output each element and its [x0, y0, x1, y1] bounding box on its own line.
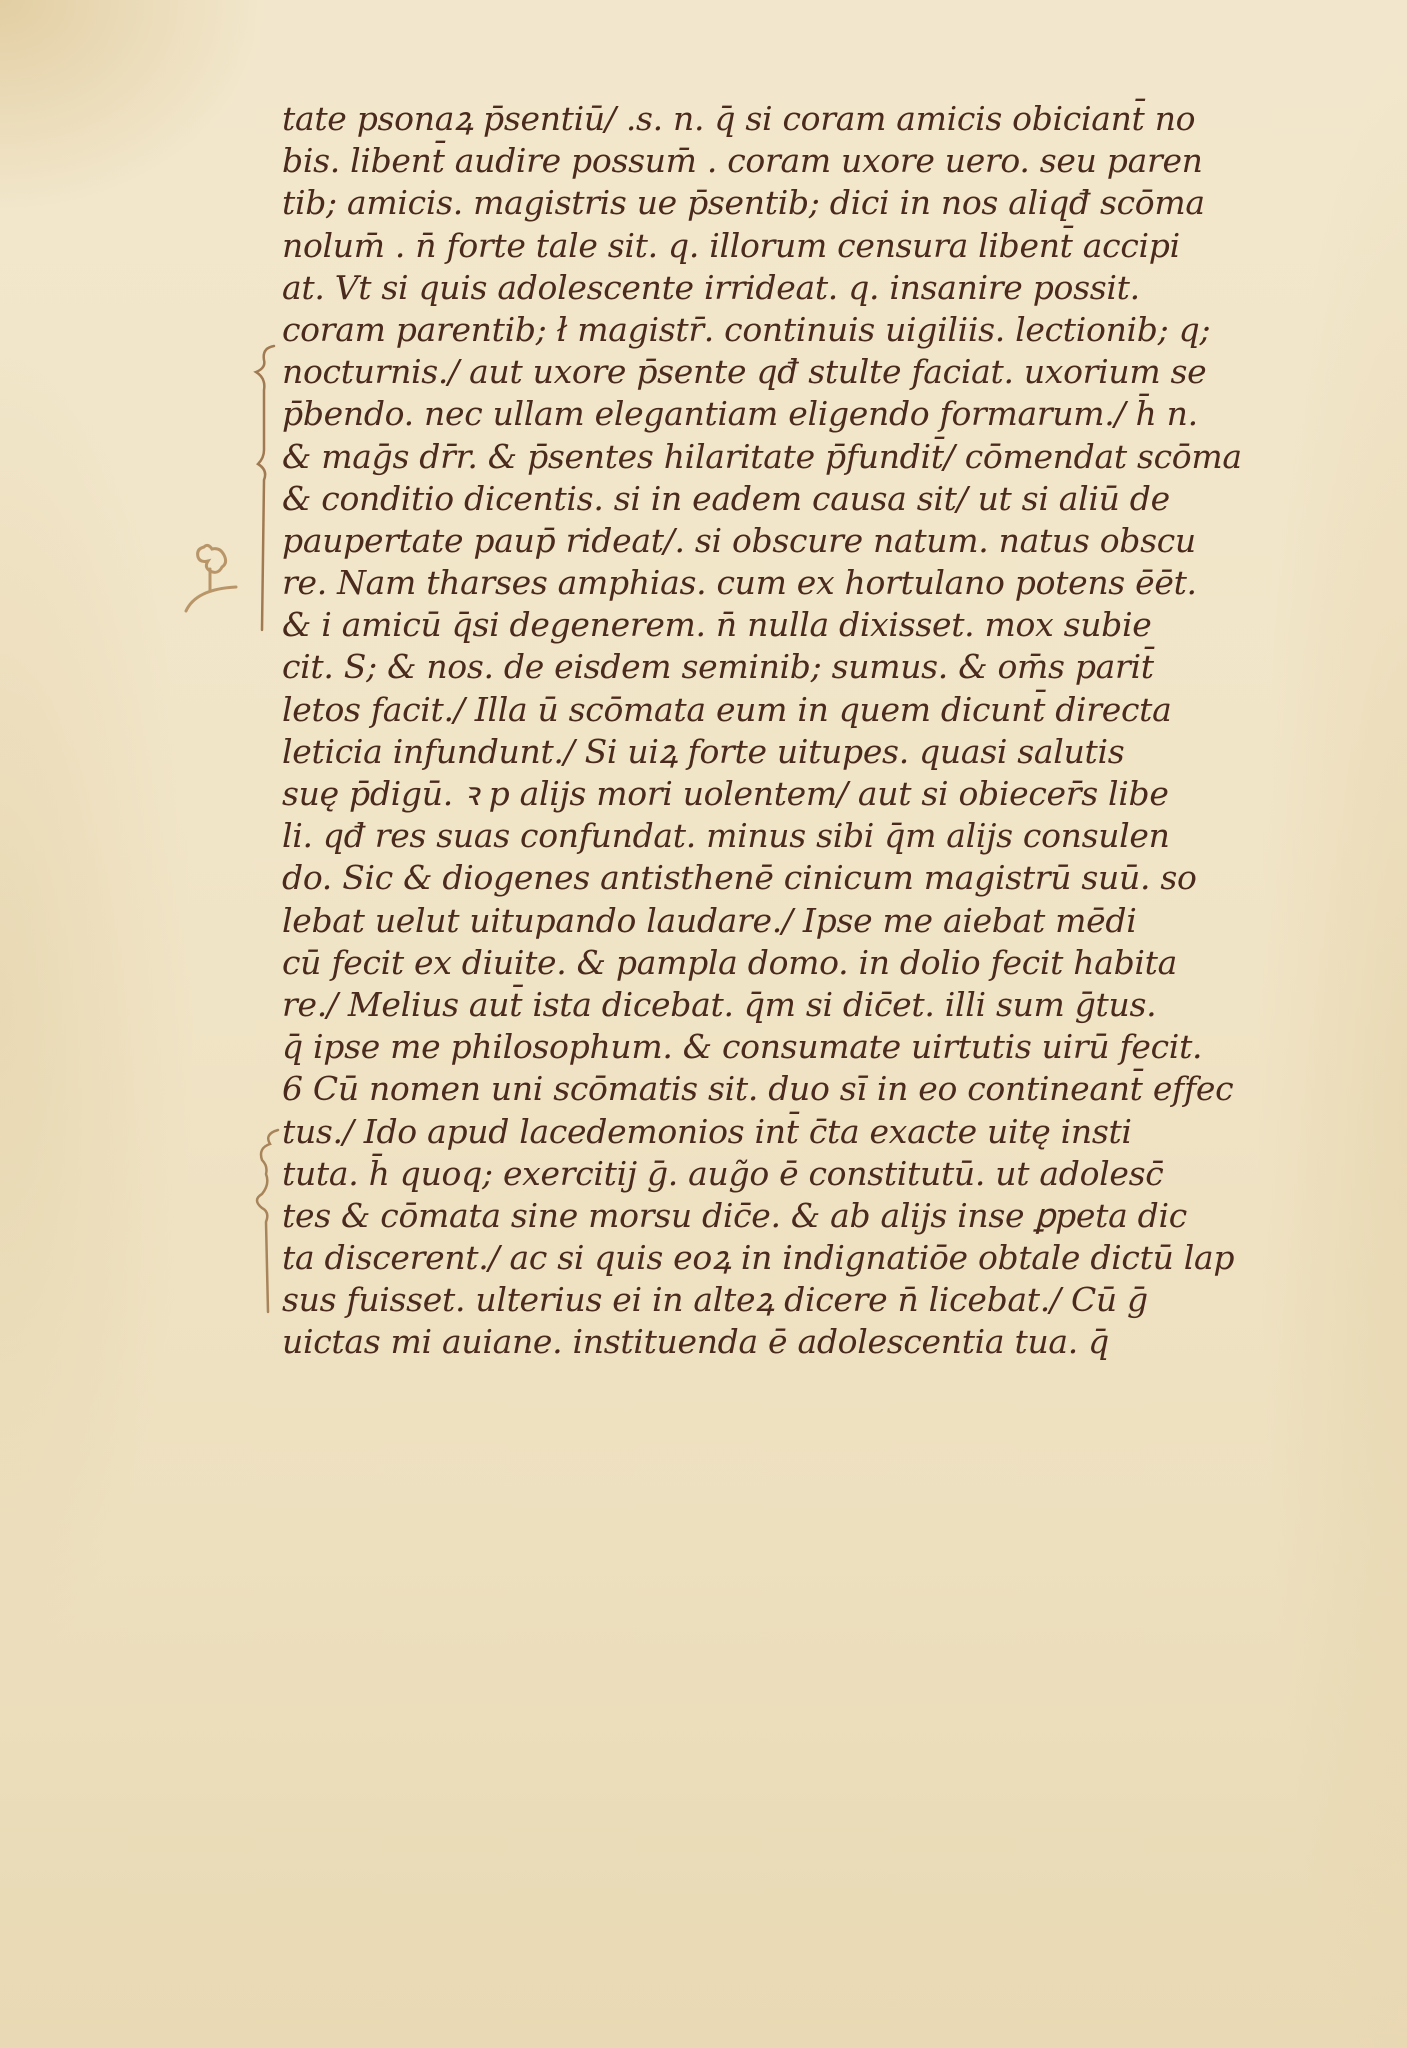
manuscript-page: tate psonaꝝ p̄sentiū/ .s. n. q̄ si coram… [0, 0, 1407, 2048]
text-line: ta discerent./ ac si quis eoꝝ in indigna… [282, 1237, 1282, 1279]
text-line: p̄bendo. nec ullam elegantiam eligendo f… [282, 393, 1282, 435]
text-line: leticia infundunt./ Si uiꝝ forte uitupes… [282, 731, 1282, 773]
text-line: bis. libent̄ audire possum̄ . coram uxor… [282, 140, 1282, 182]
text-line: sus fuisset. ulterius ei in alteꝝ dicere… [282, 1279, 1282, 1321]
text-line: nolum̄ . n̄ forte tale sit. q. illorum c… [282, 225, 1282, 267]
margin-bracket-icon [250, 340, 280, 640]
text-line: & conditio dicentis. si in eadem causa s… [282, 478, 1282, 520]
text-line: re. Nam tharses amphias. cum ex hortulan… [282, 562, 1282, 604]
text-line: uictas mi auiane. instituenda ē adolesce… [282, 1321, 1282, 1363]
text-line: nocturnis./ aut uxore p̄sente qđ stulte … [282, 351, 1282, 393]
margin-bracket-icon [252, 1126, 282, 1366]
text-line: 6 Cū nomen uni scōmatis sit. duo sī in e… [282, 1068, 1282, 1110]
text-line: cit. S; & nos. de eisdem seminib; sumus.… [282, 646, 1282, 688]
text-line: letos facit./ Illa ū scōmata eum in quem… [282, 689, 1282, 731]
text-line: re./ Melius aut̄ ista dicebat. q̄m si di… [282, 984, 1282, 1026]
text-line: lebat uelut uitupando laudare./ Ipse me … [282, 900, 1282, 942]
text-line: at. Vt si quis adolescente irrideat. q. … [282, 267, 1282, 309]
text-line: coram parentib; ł magistr̄. continuis ui… [282, 309, 1282, 351]
text-line: li. qđ res suas confundat. minus sibi q̄… [282, 815, 1282, 857]
text-line: tate psonaꝝ p̄sentiū/ .s. n. q̄ si coram… [282, 98, 1282, 140]
text-line: tus./ Ido apud lacedemonios int̄ c̄ta ex… [282, 1111, 1282, 1153]
text-line: suę p̄digū. ꝛ p alijs mori uolentem/ aut… [282, 773, 1282, 815]
text-line: cū fecit ex diuite. & pampla domo. in do… [282, 942, 1282, 984]
text-line: tes & cōmata sine morsu dic̄e. & ab alij… [282, 1195, 1282, 1237]
text-line: paupertate paup̄ rideat/. si obscure nat… [282, 520, 1282, 562]
text-line: tib; amicis. magistris ue p̄sentib; dici… [282, 182, 1282, 224]
text-line: & i amicū q̄si degenerem. n̄ nulla dixis… [282, 604, 1282, 646]
text-column: tate psonaꝝ p̄sentiū/ .s. n. q̄ si coram… [282, 98, 1282, 1364]
text-line: & maḡs dr̄r. & p̄sentes hilaritate p̄fun… [282, 436, 1282, 478]
marginal-flower-icon [182, 535, 242, 615]
text-line: do. Sic & diogenes antisthenē cinicum ma… [282, 857, 1282, 899]
text-line: tuta. h̄ quoq; exercitij ḡ. aug̃o ē cons… [282, 1153, 1282, 1195]
text-line: q̄ ipse me philosophum. & consumate uirt… [282, 1026, 1282, 1068]
